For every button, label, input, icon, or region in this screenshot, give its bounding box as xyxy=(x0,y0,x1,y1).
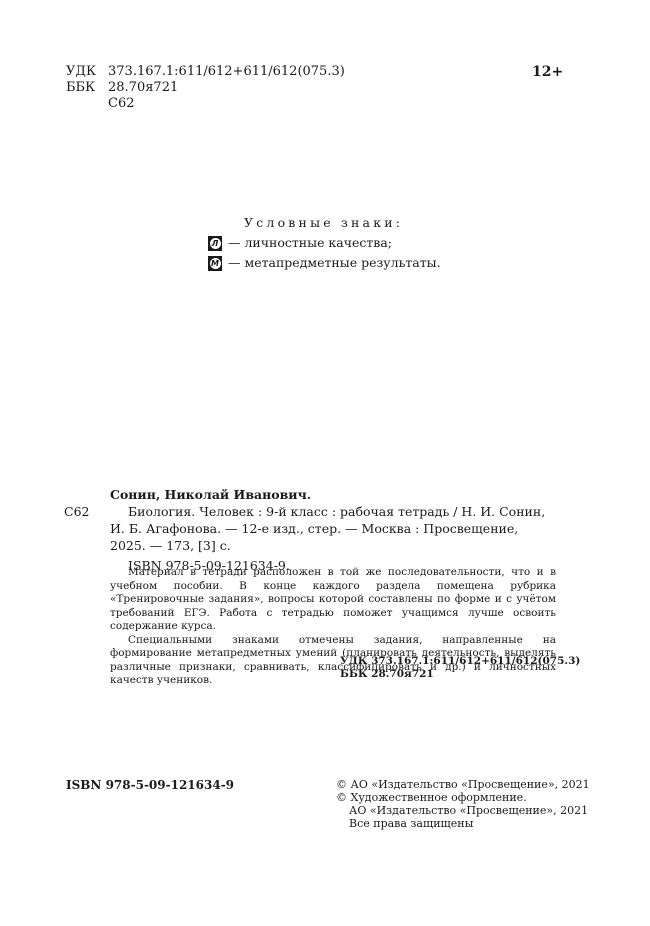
udk-label: УДК xyxy=(66,64,108,80)
annotation-bbk: ББК 28.70я721 xyxy=(340,668,580,681)
copyright-block: © АО «Издательство «Просвещение», 2021 ©… xyxy=(336,778,590,830)
catalog-card: Сонин, Николай Иванович. С62 Биология. Ч… xyxy=(80,486,550,574)
copyright-line: Все права защищены xyxy=(336,817,590,830)
legend-item-text: — метапредметные результаты. xyxy=(228,253,441,273)
legend: Условные знаки: Л — личностные качества;… xyxy=(208,213,441,273)
copyright-line: © АО «Издательство «Просвещение», 2021 xyxy=(336,778,590,791)
annotation-udk: УДК 373.167.1:611/612+611/612(075.3) xyxy=(340,655,580,668)
legend-item: Л — личностные качества; xyxy=(208,233,441,253)
author-heading: Сонин, Николай Иванович. xyxy=(80,486,550,503)
letter-l-badge-icon: Л xyxy=(208,236,222,251)
author-mark: С62 xyxy=(108,96,135,112)
copyright-line: АО «Издательство «Просвещение», 2021 xyxy=(336,804,590,817)
legend-item-text: — личностные качества; xyxy=(228,233,392,253)
udk-value: 373.167.1:611/612+611/612(075.3) xyxy=(108,64,345,80)
bbk-value: 28.70я721 xyxy=(108,80,178,96)
catalog-description: Биология. Человек : 9-й класс : рабочая … xyxy=(110,503,550,574)
footer-isbn: ISBN 978-5-09-121634-9 xyxy=(66,778,234,792)
bbk-label: ББК xyxy=(66,80,108,96)
annotation-paragraph: Материал в тетради расположен в той же п… xyxy=(110,566,556,634)
catalog-index: С62 xyxy=(64,503,110,574)
legend-title: Условные знаки: xyxy=(208,213,441,233)
age-rating: 12+ xyxy=(532,64,563,80)
letter-m-badge-icon: М xyxy=(208,256,222,271)
classification-codes: УДК373.167.1:611/612+611/612(075.3) ББК2… xyxy=(66,64,345,112)
copyright-line: © Художественное оформление. xyxy=(336,791,590,804)
annotation-codes: УДК 373.167.1:611/612+611/612(075.3) ББК… xyxy=(340,655,580,681)
legend-item: М — метапредметные результаты. xyxy=(208,253,441,273)
